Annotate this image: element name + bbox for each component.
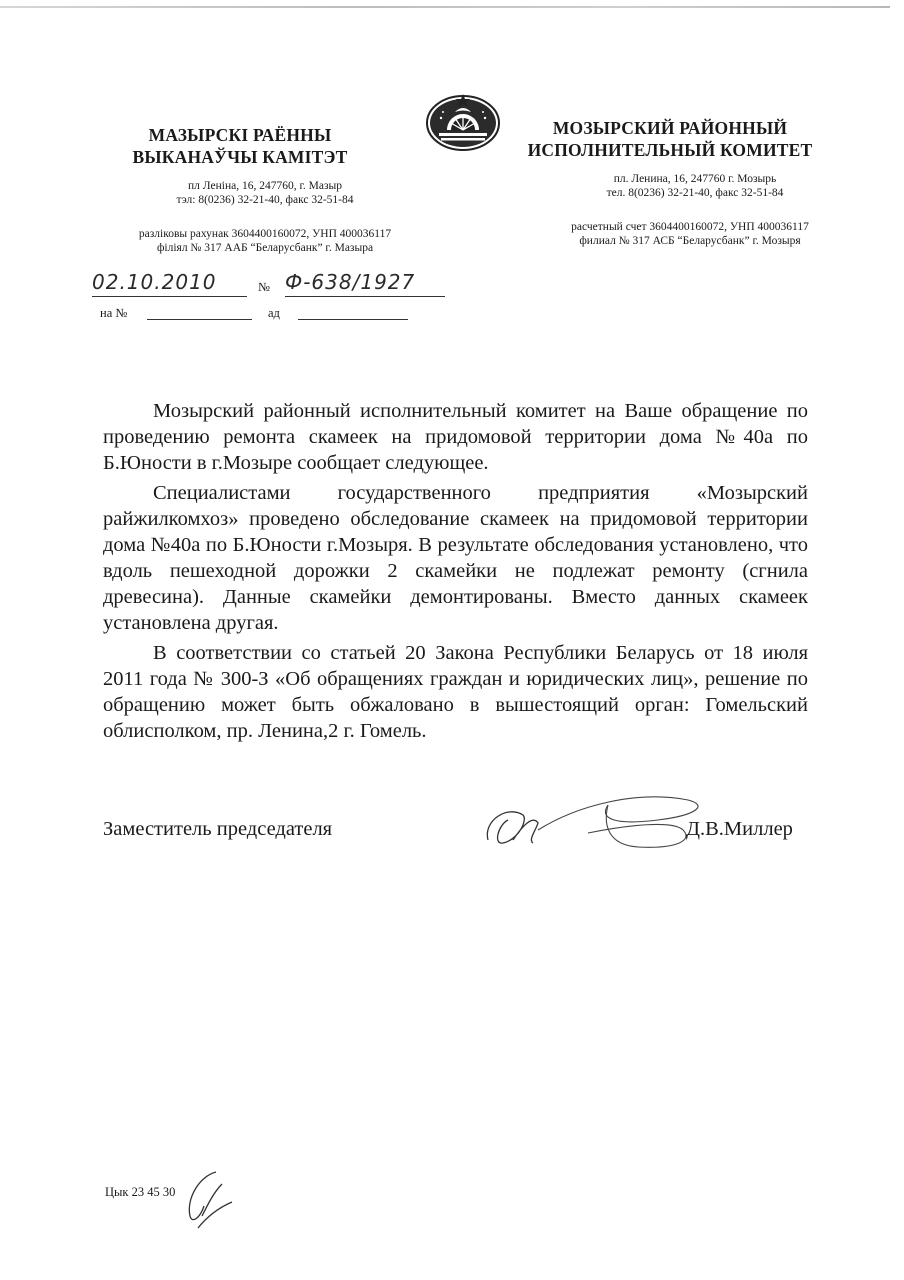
account: расчетный счет 3604400160072, УНП 400036… bbox=[525, 220, 855, 234]
number-label: № bbox=[258, 280, 270, 295]
account: разліковы рахунак 3604400160072, УНП 400… bbox=[105, 227, 425, 241]
reply-to-label: на № bbox=[100, 306, 127, 321]
org-title-line2: ВЫКАНАЎЧЫ КАМІТЭТ bbox=[105, 146, 375, 168]
org-title-russian: МОЗЫРСКИЙ РАЙОННЫЙ ИСПОЛНИТЕЛЬНЫЙ КОМИТЕ… bbox=[520, 117, 820, 161]
from-field bbox=[298, 305, 408, 320]
address-block-belarusian: пл Леніна, 16, 247760, г. Мазыр тэл: 8(0… bbox=[130, 179, 400, 207]
address: пл. Ленина, 16, 247760 г. Мозырь bbox=[560, 172, 830, 186]
phone: тел. 8(0236) 32-21-40, факс 32-51-84 bbox=[560, 186, 830, 200]
registration-date: 02.10.2010 bbox=[92, 270, 217, 294]
org-title-belarusian: МАЗЫРСКІ РАЁННЫ ВЫКАНАЎЧЫ КАМІТЭТ bbox=[105, 124, 375, 168]
paragraph-3: В соответствии со статьей 20 Закона Респ… bbox=[103, 640, 808, 744]
registration-date-field: 02.10.2010 bbox=[92, 270, 247, 297]
address: пл Леніна, 16, 247760, г. Мазыр bbox=[130, 179, 400, 193]
scan-edge-line bbox=[0, 6, 890, 8]
reply-to-field bbox=[147, 305, 252, 320]
paragraph-1: Мозырский районный исполнительный комите… bbox=[103, 398, 808, 476]
from-label: ад bbox=[268, 306, 280, 321]
belarus-emblem-icon bbox=[425, 90, 501, 152]
signatory-position: Заместитель председателя bbox=[103, 818, 332, 841]
signatory-name: Д.В.Миллер bbox=[686, 818, 793, 841]
registration-number: Ф-638/1927 bbox=[285, 270, 415, 294]
org-title-line1: МАЗЫРСКІ РАЁННЫ bbox=[105, 124, 375, 146]
bank: филиал № 317 АСБ “Беларусбанк” г. Мозыря bbox=[525, 234, 855, 248]
bank: філіял № 317 ААБ “Беларусбанк” г. Мазыра bbox=[105, 241, 425, 255]
paragraph-2: Специалистами государственного предприят… bbox=[103, 480, 808, 636]
executor-initials-signature-icon bbox=[178, 1168, 238, 1236]
org-title-line2: ИСПОЛНИТЕЛЬНЫЙ КОМИТЕТ bbox=[520, 139, 820, 161]
org-title-line1: МОЗЫРСКИЙ РАЙОННЫЙ bbox=[520, 117, 820, 139]
handwritten-signature-icon bbox=[478, 785, 718, 855]
letter-body: Мозырский районный исполнительный комите… bbox=[103, 398, 808, 744]
phone: тэл: 8(0236) 32-21-40, факс 32-51-84 bbox=[130, 193, 400, 207]
bank-block-russian: расчетный счет 3604400160072, УНП 400036… bbox=[525, 220, 855, 248]
registration-number-field: Ф-638/1927 bbox=[285, 270, 445, 297]
executor-code: Цык 23 45 30 bbox=[105, 1185, 175, 1200]
address-block-russian: пл. Ленина, 16, 247760 г. Мозырь тел. 8(… bbox=[560, 172, 830, 200]
bank-block-belarusian: разліковы рахунак 3604400160072, УНП 400… bbox=[105, 227, 425, 255]
